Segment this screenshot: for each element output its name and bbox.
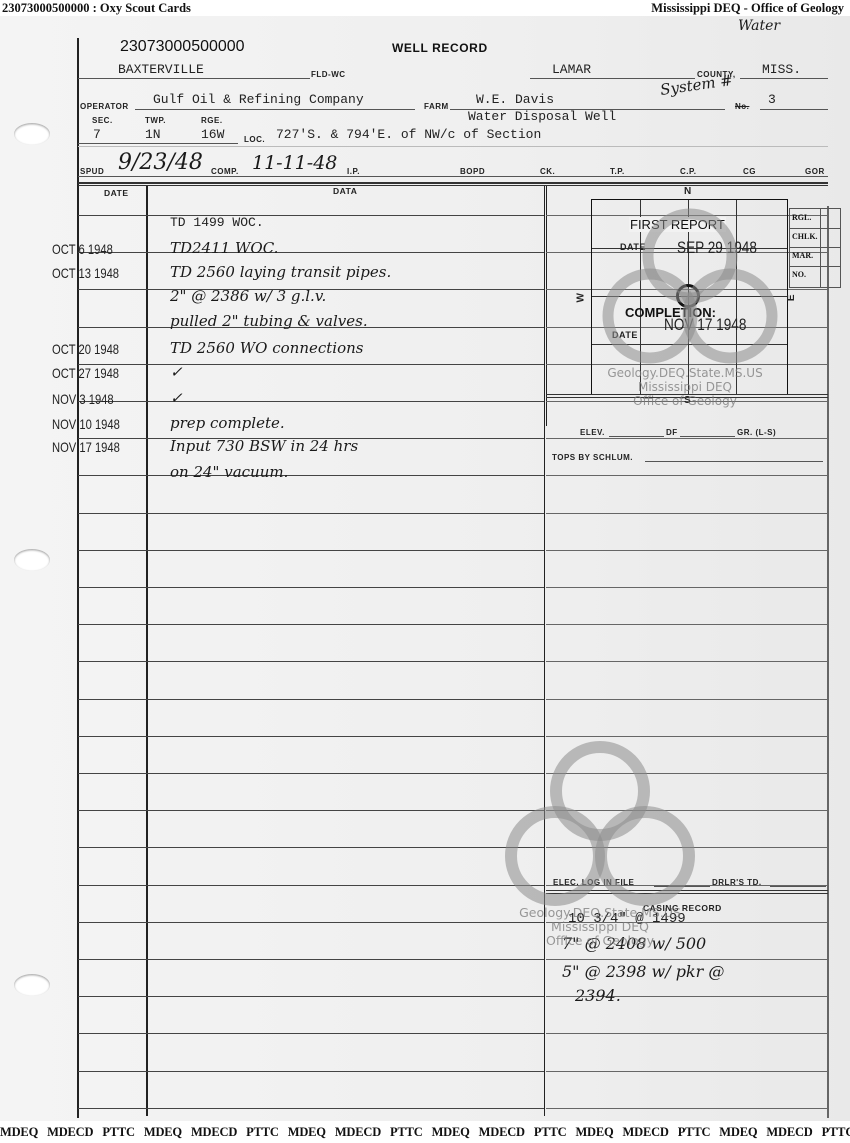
spud-label: SPUD bbox=[80, 167, 104, 176]
df-label: DF bbox=[666, 428, 678, 437]
well-no-label: No. bbox=[735, 102, 749, 111]
operator-label: OPERATOR bbox=[80, 102, 129, 111]
operator-name: Gulf Oil & Refining Company bbox=[153, 92, 364, 107]
footer-tag: MDECD bbox=[766, 1125, 812, 1139]
footer-tag: MDECD bbox=[335, 1125, 381, 1139]
entry-data: Input 730 BSW in 24 hrs bbox=[170, 437, 358, 455]
check-box-label: CHLK. bbox=[792, 232, 818, 241]
footer-tag: MDEQ bbox=[0, 1125, 38, 1139]
entry-date: NOV 17 1948 bbox=[52, 439, 120, 455]
entry-data: prep complete. bbox=[170, 414, 285, 432]
punch-hole bbox=[14, 974, 50, 996]
footer-tag: MDECD bbox=[479, 1125, 525, 1139]
footer-tag: MDEQ bbox=[719, 1125, 757, 1139]
api-number: 23073000500000 bbox=[120, 38, 245, 56]
entry-data: TD2411 WOC. bbox=[170, 239, 278, 257]
footer-tag: MDECD bbox=[47, 1125, 93, 1139]
entry-date: NOV 10 1948 bbox=[52, 416, 120, 432]
footer-tag: PTTC bbox=[246, 1125, 279, 1139]
field-label: FLD-WC bbox=[311, 70, 346, 79]
entry-data: TD 2560 laying transit pipes. bbox=[170, 263, 391, 281]
footer-tag: MDEQ bbox=[432, 1125, 470, 1139]
field-name: BAXTERVILLE bbox=[118, 62, 204, 77]
footer-tag: PTTC bbox=[390, 1125, 423, 1139]
spud-date: 9/23/48 bbox=[118, 150, 203, 175]
handwritten-water: Water bbox=[738, 18, 780, 34]
watermark-text: Geology.DEQ.State.MS.USMississippi DEQOf… bbox=[600, 366, 770, 408]
footer-tag: MDEQ bbox=[144, 1125, 182, 1139]
section: 7 bbox=[93, 127, 101, 142]
casing-entry: 5" @ 2398 w/ pkr @ bbox=[562, 962, 724, 981]
tops-by-schlum-label: TOPS BY SCHLUM. bbox=[552, 453, 633, 462]
ck-label: CK. bbox=[540, 167, 555, 176]
footer-tag: MDEQ bbox=[288, 1125, 326, 1139]
rge-label: RGE. bbox=[201, 116, 223, 125]
watermark-logo-icon bbox=[595, 201, 785, 371]
bopd-label: BOPD bbox=[460, 167, 485, 176]
tp-label: T.P. bbox=[610, 167, 625, 176]
source-title: Mississippi DEQ - Office of Geology bbox=[651, 1, 844, 16]
entry-data: on 24" vacuum. bbox=[170, 463, 288, 481]
check-box-label: NO. bbox=[792, 270, 806, 279]
document-title: 23073000500000 : Oxy Scout Cards bbox=[2, 1, 191, 16]
entry-date: OCT 6 1948 bbox=[52, 241, 113, 257]
footer-tag: PTTC bbox=[678, 1125, 711, 1139]
card-title: WELL RECORD bbox=[392, 41, 488, 55]
farm-note: Water Disposal Well bbox=[468, 109, 616, 124]
footer-tag: PTTC bbox=[822, 1125, 850, 1139]
location: 727'S. & 794'E. of NW/c of Section bbox=[276, 127, 541, 142]
township: 1N bbox=[145, 127, 161, 142]
check-box-label: RGL. bbox=[792, 213, 811, 222]
punch-hole bbox=[14, 549, 50, 571]
farm-label: FARM bbox=[424, 102, 449, 111]
entry-date: OCT 20 1948 bbox=[52, 341, 119, 357]
check-box: RGL.CHLK.MAR.NO. bbox=[789, 208, 841, 288]
casing-entry: 2394. bbox=[575, 986, 621, 1005]
twp-label: TWP. bbox=[145, 116, 166, 125]
plat-east: E bbox=[786, 294, 797, 301]
check-box-label: MAR. bbox=[792, 251, 813, 260]
entry-date: OCT 13 1948 bbox=[52, 265, 119, 281]
footer-tag: PTTC bbox=[534, 1125, 567, 1139]
loc-label: LOC. bbox=[244, 135, 265, 144]
punch-hole bbox=[14, 123, 50, 145]
watermark-text: Geology.DEQ.State.MS.USMississippi DEQOf… bbox=[505, 906, 695, 948]
entry-data: ✓ bbox=[170, 363, 183, 381]
scout-card: 23073000500000 WELL RECORD Water BAXTERV… bbox=[0, 16, 850, 1121]
entry-data: 2" @ 2386 w/ 3 g.l.v. bbox=[170, 287, 326, 305]
gr-label: GR. (L-S) bbox=[737, 428, 776, 437]
entry-date: OCT 27 1948 bbox=[52, 365, 119, 381]
footer-tag: PTTC bbox=[102, 1125, 135, 1139]
date-column-header: DATE bbox=[104, 188, 129, 198]
entry-date: NOV 3 1948 bbox=[52, 391, 114, 407]
plat-west: W bbox=[575, 293, 586, 303]
entry-data: pulled 2" tubing & valves. bbox=[170, 312, 368, 330]
state: MISS. bbox=[762, 62, 801, 77]
entry-data: TD 2560 WO connections bbox=[170, 339, 363, 357]
footer-tag: MDECD bbox=[191, 1125, 237, 1139]
cp-label: C.P. bbox=[680, 167, 697, 176]
comp-date: 11-11-48 bbox=[252, 152, 337, 174]
county-name: LAMAR bbox=[552, 62, 591, 77]
plat-north: N bbox=[684, 186, 692, 197]
farm-name: W.E. Davis bbox=[476, 92, 554, 107]
drlr-td-label: DRLR'S TD. bbox=[712, 878, 762, 887]
footer-tag: MDECD bbox=[623, 1125, 669, 1139]
cg-label: CG bbox=[743, 167, 756, 176]
sec-label: SEC. bbox=[92, 116, 113, 125]
well-number: 3 bbox=[768, 92, 776, 107]
card-border-right bbox=[827, 206, 829, 1118]
handwritten-system: System # bbox=[659, 71, 734, 99]
card-border bbox=[77, 38, 79, 1118]
gor-label: GOR bbox=[805, 167, 825, 176]
elev-label: ELEV. bbox=[580, 428, 605, 437]
date-column-divider bbox=[146, 186, 148, 1116]
page-header: 23073000500000 : Oxy Scout Cards Mississ… bbox=[0, 0, 850, 16]
entry-data: ✓ bbox=[170, 389, 183, 407]
ip-label: I.P. bbox=[347, 167, 360, 176]
footer-tag: MDEQ bbox=[575, 1125, 613, 1139]
entry-data: TD 1499 WOC. bbox=[170, 215, 264, 230]
data-column-divider bbox=[544, 186, 545, 1116]
range: 16W bbox=[201, 127, 224, 142]
comp-label: COMP. bbox=[211, 167, 239, 176]
data-column-header: DATA bbox=[333, 186, 357, 196]
watermark-logo-icon bbox=[500, 731, 700, 921]
page-footer: MDEQMDECDPTTCMDEQMDECDPTTCMDEQMDECDPTTCM… bbox=[0, 1125, 850, 1143]
